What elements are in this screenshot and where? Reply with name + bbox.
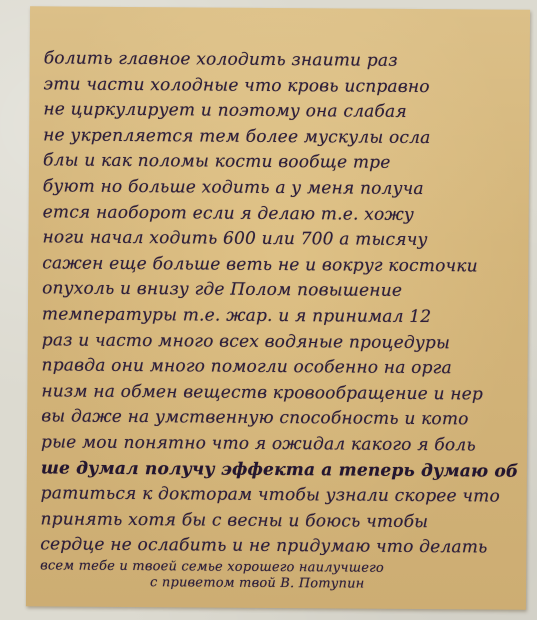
- text-line: сажен еще больше веть не и вокруг косточ…: [42, 251, 522, 280]
- text-line: ратиться к докторам чтобы узнали скорее …: [41, 481, 521, 510]
- text-line: болить главное холодить знаити раз: [44, 46, 524, 75]
- closing-line: всем тебе и твоей семье хорошего наилучш…: [40, 558, 520, 577]
- text-line: правда они много помогли особенно на орг…: [41, 353, 521, 382]
- text-line: низм на обмен веществ кровообращение и н…: [41, 379, 521, 408]
- text-line: ется наоборот если я делаю т.е. хожу: [43, 200, 523, 229]
- text-line: принять хотя бы с весны и боюсь чтобы: [40, 507, 520, 536]
- text-line: опухоль и внизу где Полом повышение: [42, 277, 522, 306]
- text-line: буют но больше ходить а у меня получа: [43, 174, 523, 203]
- handwritten-text: болить главное холодить знаити раз эти ч…: [40, 46, 524, 593]
- signature-line: с приветом твой В. Потупин: [40, 574, 520, 593]
- text-line: температуры т.е. жар. и я принимал 12: [42, 302, 522, 331]
- letter-paper: болить главное холодить знаити раз эти ч…: [26, 6, 530, 609]
- text-line: не циркулирует и поэтому она слабая: [43, 98, 523, 127]
- text-line: раз и часто много всех водяные процедуры: [42, 328, 522, 357]
- text-line: ше думал получу эффекта а теперь думаю о…: [41, 456, 521, 485]
- text-line: рые мои понятно что я ожидал какого я бо…: [41, 430, 521, 459]
- text-line: сердце не ослабить и не придумаю что дел…: [40, 533, 520, 562]
- text-line: ноги начал ходить 600 или 700 а тысячу: [42, 226, 522, 255]
- text-line: не укрепляется тем более мускулы осла: [43, 123, 523, 152]
- text-line: блы и как поломы кости вообще тре: [43, 149, 523, 178]
- text-line: вы даже на умственную способность и кото: [41, 405, 521, 434]
- text-line: эти части холодные что кровь исправно: [43, 72, 523, 101]
